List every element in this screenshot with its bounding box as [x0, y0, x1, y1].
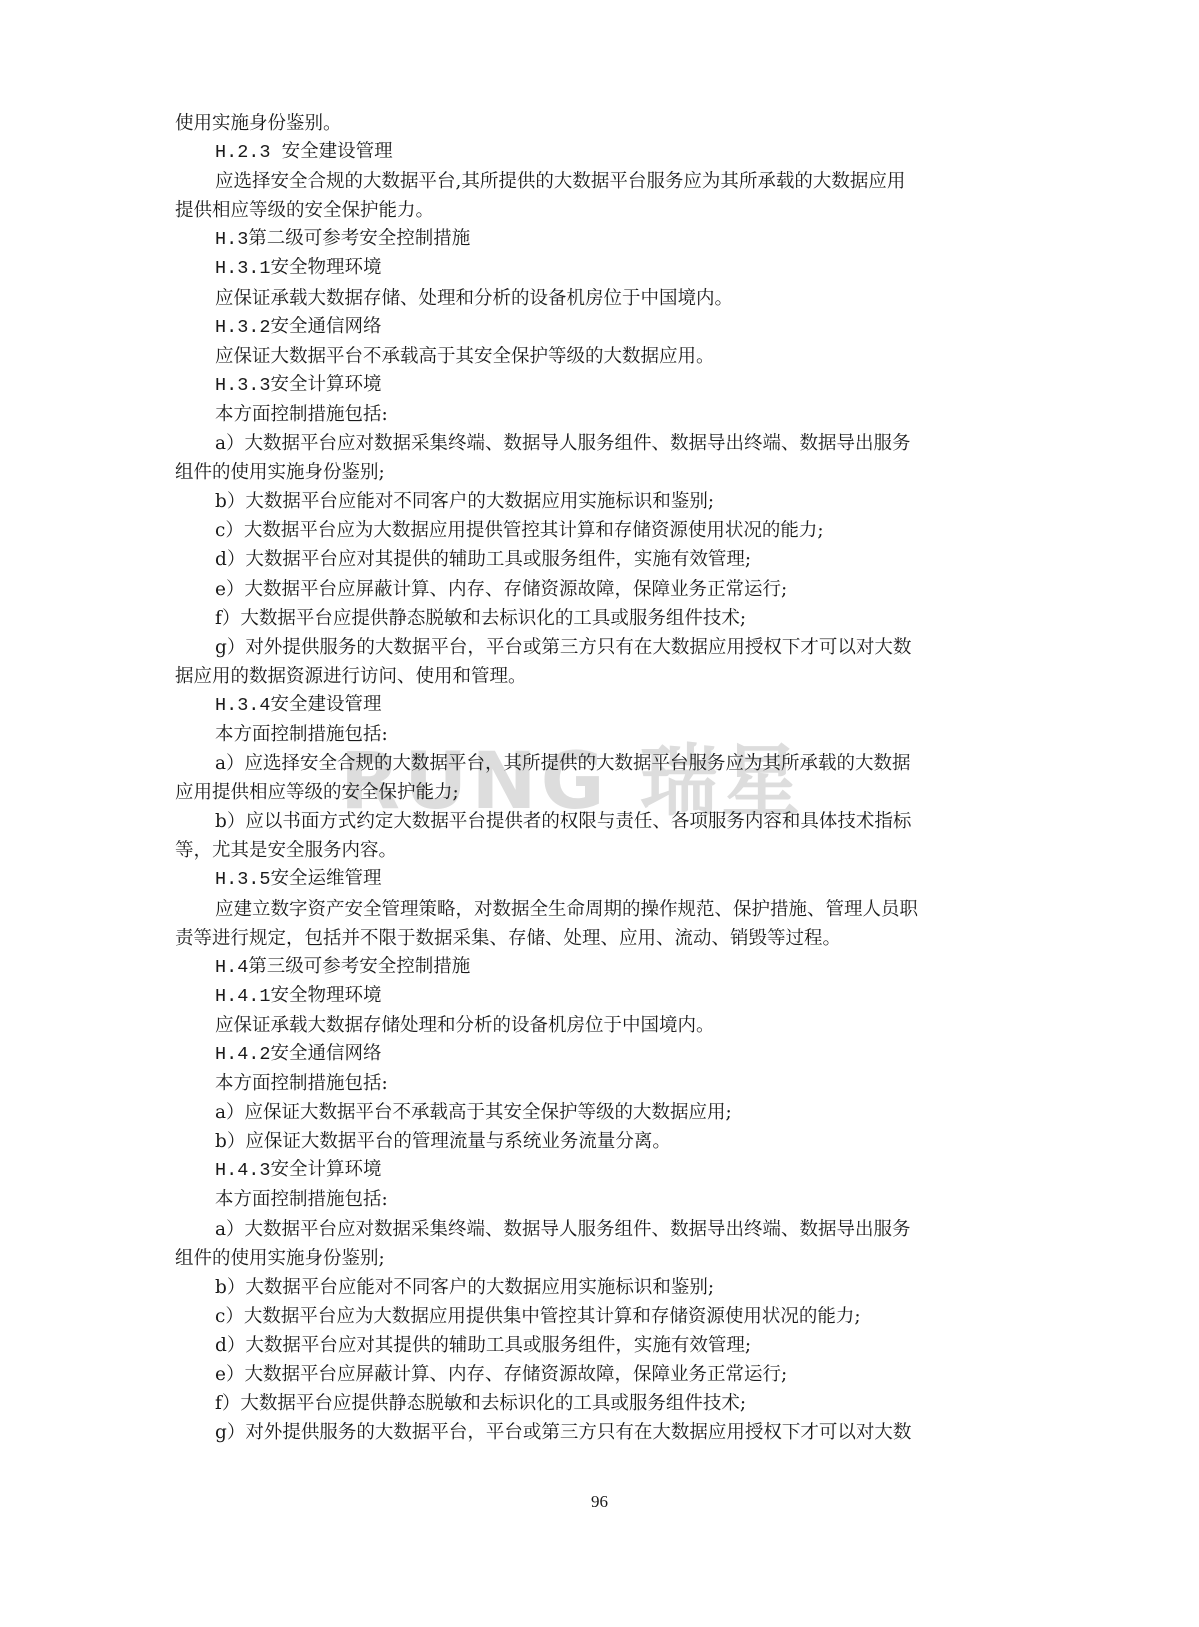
paragraph-line: a）大数据平台应对数据采集终端、数据导人服务组件、数据导出终端、数据导出服务 [175, 1215, 990, 1244]
paragraph-line: 本方面控制措施包括: [175, 720, 990, 749]
section-heading: H.3第二级可参考安全控制措施 [175, 225, 990, 254]
section-heading: H.4.2安全通信网络 [175, 1040, 990, 1069]
paragraph-line: 应保证承载大数据存储、处理和分析的设备机房位于中国境内。 [175, 284, 990, 313]
paragraph-line: 提供相应等级的安全保护能力。 [175, 196, 990, 225]
paragraph-line: 应用提供相应等级的安全保护能力; [175, 778, 990, 807]
document-page: RUNG 瑞星 使用实施身份鉴别。H.2.3 安全建设管理应选择安全合规的大数据… [0, 0, 1199, 1627]
paragraph-line: b）应保证大数据平台的管理流量与系统业务流量分离。 [175, 1127, 990, 1156]
page-number: 96 [0, 1492, 1199, 1512]
section-heading: H.3.5安全运维管理 [175, 865, 990, 894]
paragraph-line: e）大数据平台应屏蔽计算、内存、存储资源故障，保障业务正常运行; [175, 1360, 990, 1389]
paragraph-line: b）大数据平台应能对不同客户的大数据应用实施标识和鉴别; [175, 487, 990, 516]
section-heading: H.4.1安全物理环境 [175, 982, 990, 1011]
paragraph-line: 本方面控制措施包括: [175, 1069, 990, 1098]
paragraph-line: f）大数据平台应提供静态脱敏和去标识化的工具或服务组件技术; [175, 1389, 990, 1418]
paragraph-line: 应保证承载大数据存储处理和分析的设备机房位于中国境内。 [175, 1011, 990, 1040]
paragraph-line: g）对外提供服务的大数据平台，平台或第三方只有在大数据应用授权下才可以对大数 [175, 633, 990, 662]
paragraph-line: a）应选择安全合规的大数据平台，其所提供的大数据平台服务应为其所承载的大数据 [175, 749, 990, 778]
section-heading: H.3.4安全建设管理 [175, 691, 990, 720]
paragraph-line: 应建立数字资产安全管理策略，对数据全生命周期的操作规范、保护措施、管理人员职 [175, 895, 990, 924]
paragraph-line: a）大数据平台应对数据采集终端、数据导人服务组件、数据导出终端、数据导出服务 [175, 429, 990, 458]
paragraph-line: 本方面控制措施包括: [175, 1185, 990, 1214]
section-heading: H.3.2安全通信网络 [175, 313, 990, 342]
paragraph-line: 责等进行规定，包括并不限于数据采集、存储、处理、应用、流动、销毁等过程。 [175, 924, 990, 953]
section-heading: H.3.3安全计算环境 [175, 371, 990, 400]
section-heading: H.4.3安全计算环境 [175, 1156, 990, 1185]
paragraph-line: c）大数据平台应为大数据应用提供集中管控其计算和存储资源使用状况的能力; [175, 1302, 990, 1331]
paragraph-line: d）大数据平台应对其提供的辅助工具或服务组件，实施有效管理; [175, 545, 990, 574]
paragraph-line: 应保证大数据平台不承载高于其安全保护等级的大数据应用。 [175, 342, 990, 371]
paragraph-line: 使用实施身份鉴别。 [175, 109, 990, 138]
paragraph-line: g）对外提供服务的大数据平台，平台或第三方只有在大数据应用授权下才可以对大数 [175, 1418, 990, 1447]
section-heading: H.3.1安全物理环境 [175, 254, 990, 283]
paragraph-line: f）大数据平台应提供静态脱敏和去标识化的工具或服务组件技术; [175, 604, 990, 633]
paragraph-line: d）大数据平台应对其提供的辅助工具或服务组件，实施有效管理; [175, 1331, 990, 1360]
paragraph-line: 据应用的数据资源进行访问、使用和管理。 [175, 662, 990, 691]
paragraph-line: 应选择安全合规的大数据平台,其所提供的大数据平台服务应为其所承载的大数据应用 [175, 167, 990, 196]
paragraph-line: 等，尤其是安全服务内容。 [175, 836, 990, 865]
paragraph-line: b）应以书面方式约定大数据平台提供者的权限与责任、各项服务内容和具体技术指标 [175, 807, 990, 836]
section-heading: H.2.3 安全建设管理 [175, 138, 990, 167]
document-body: 使用实施身份鉴别。H.2.3 安全建设管理应选择安全合规的大数据平台,其所提供的… [175, 109, 990, 1447]
paragraph-line: b）大数据平台应能对不同客户的大数据应用实施标识和鉴别; [175, 1273, 990, 1302]
paragraph-line: a）应保证大数据平台不承载高于其安全保护等级的大数据应用; [175, 1098, 990, 1127]
paragraph-line: c）大数据平台应为大数据应用提供管控其计算和存储资源使用状况的能力; [175, 516, 990, 545]
paragraph-line: e）大数据平台应屏蔽计算、内存、存储资源故障，保障业务正常运行; [175, 575, 990, 604]
paragraph-line: 组件的使用实施身份鉴别; [175, 1244, 990, 1273]
paragraph-line: 组件的使用实施身份鉴别; [175, 458, 990, 487]
paragraph-line: 本方面控制措施包括: [175, 400, 990, 429]
section-heading: H.4第三级可参考安全控制措施 [175, 953, 990, 982]
